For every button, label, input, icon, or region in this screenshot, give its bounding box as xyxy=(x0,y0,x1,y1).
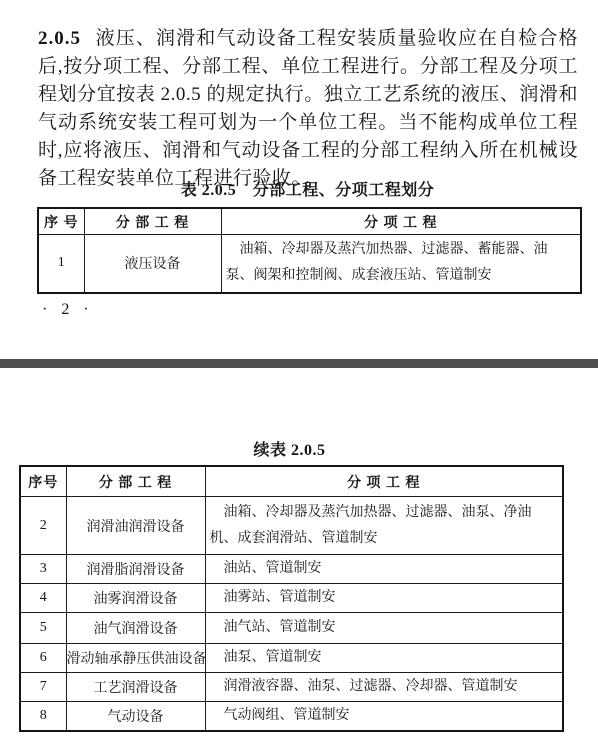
table2-header-row: 序号 分 部 工 程 分 项 工 程 xyxy=(20,466,563,497)
items-cell: 油箱、冷却器及蒸汽加热器、过滤器、蓄能器、油泵、阀架和控制阀、成套液压站、管道制… xyxy=(221,235,581,293)
items-cell: 油箱、冷却器及蒸汽加热器、过滤器、油泵、净油机、成套润滑站、管道制安 xyxy=(205,497,563,555)
items-text: 气动阀组、管道制安 xyxy=(206,703,563,729)
body-paragraph: 2.0.5液压、润滑和气动设备工程安装质量验收应在自检合格后,按分项工程、分部工… xyxy=(38,25,578,193)
table-row: 5 油气润滑设备 油气站、管道制安 xyxy=(20,613,563,644)
items-text: 油泵、管道制安 xyxy=(206,645,563,671)
items-text: 油雾站、管道制安 xyxy=(206,585,563,611)
items-text: 油箱、冷却器及蒸汽加热器、过滤器、蓄能器、油泵、阀架和控制阀、成套液压站、管道制… xyxy=(222,237,581,289)
table-row: 1 液压设备 油箱、冷却器及蒸汽加热器、过滤器、蓄能器、油泵、阀架和控制阀、成套… xyxy=(38,235,581,293)
serial-cell: 6 xyxy=(20,644,66,673)
table2-caption: 续表 2.0.5 xyxy=(19,437,560,460)
items-cell: 气动阀组、管道制安 xyxy=(205,702,563,731)
division-cell: 润滑脂润滑设备 xyxy=(66,555,205,584)
table-division-of-works: 序 号 分 部 工 程 分 项 工 程 1 液压设备 油箱、冷却器及蒸汽加热器、… xyxy=(37,207,582,294)
serial-cell: 1 xyxy=(38,235,84,293)
table2-header-no: 序号 xyxy=(20,466,66,497)
division-cell: 气动设备 xyxy=(66,702,205,731)
serial-cell: 2 xyxy=(20,497,66,555)
page-number: · 2 · xyxy=(42,301,94,319)
table-row: 3 润滑脂润滑设备 油站、管道制安 xyxy=(20,555,563,584)
table-row: 8 气动设备 气动阀组、管道制安 xyxy=(20,702,563,731)
table1-header-row: 序 号 分 部 工 程 分 项 工 程 xyxy=(38,208,581,235)
table-row: 6 滑动轴承静压供油设备 油泵、管道制安 xyxy=(20,644,563,673)
table1-header-division: 分 部 工 程 xyxy=(84,208,221,235)
paragraph-text: 液压、润滑和气动设备工程安装质量验收应在自检合格后,按分项工程、分部工程、单位工… xyxy=(38,28,578,189)
serial-cell: 3 xyxy=(20,555,66,584)
items-text: 油站、管道制安 xyxy=(206,556,563,582)
scanned-document-page: 2.0.5液压、润滑和气动设备工程安装质量验收应在自检合格后,按分项工程、分部工… xyxy=(0,0,598,741)
table1-header-no: 序 号 xyxy=(38,208,84,235)
table-row: 7 工艺润滑设备 润滑液容器、油泵、过滤器、冷却器、管道制安 xyxy=(20,673,563,702)
division-cell: 润滑油润滑设备 xyxy=(66,497,205,555)
table1-header-items: 分 项 工 程 xyxy=(221,208,581,235)
items-cell: 油站、管道制安 xyxy=(205,555,563,584)
division-cell: 工艺润滑设备 xyxy=(66,673,205,702)
table-row: 4 油雾润滑设备 油雾站、管道制安 xyxy=(20,584,563,613)
items-cell: 油泵、管道制安 xyxy=(205,644,563,673)
serial-cell: 8 xyxy=(20,702,66,731)
division-cell: 油气润滑设备 xyxy=(66,613,205,644)
serial-cell: 5 xyxy=(20,613,66,644)
items-cell: 润滑液容器、油泵、过滤器、冷却器、管道制安 xyxy=(205,673,563,702)
items-cell: 油雾站、管道制安 xyxy=(205,584,563,613)
table-division-of-works-continued: 序号 分 部 工 程 分 项 工 程 2 润滑油润滑设备 油箱、冷却器及蒸汽加热… xyxy=(19,465,564,732)
division-cell: 液压设备 xyxy=(84,235,221,293)
division-cell: 油雾润滑设备 xyxy=(66,584,205,613)
table-row: 2 润滑油润滑设备 油箱、冷却器及蒸汽加热器、过滤器、油泵、净油机、成套润滑站、… xyxy=(20,497,563,555)
table1-caption: 表 2.0.5 分部工程、分项工程划分 xyxy=(37,177,578,200)
page-break-divider xyxy=(0,359,598,368)
division-cell: 滑动轴承静压供油设备 xyxy=(66,644,205,673)
serial-cell: 4 xyxy=(20,584,66,613)
table2-header-items: 分 项 工 程 xyxy=(205,466,563,497)
serial-cell: 7 xyxy=(20,673,66,702)
section-number: 2.0.5 xyxy=(38,28,81,49)
items-text: 润滑液容器、油泵、过滤器、冷却器、管道制安 xyxy=(206,674,563,700)
table2-header-division: 分 部 工 程 xyxy=(66,466,205,497)
items-cell: 油气站、管道制安 xyxy=(205,613,563,644)
items-text: 油箱、冷却器及蒸汽加热器、过滤器、油泵、净油机、成套润滑站、管道制安 xyxy=(206,500,563,552)
items-text: 油气站、管道制安 xyxy=(206,615,563,641)
